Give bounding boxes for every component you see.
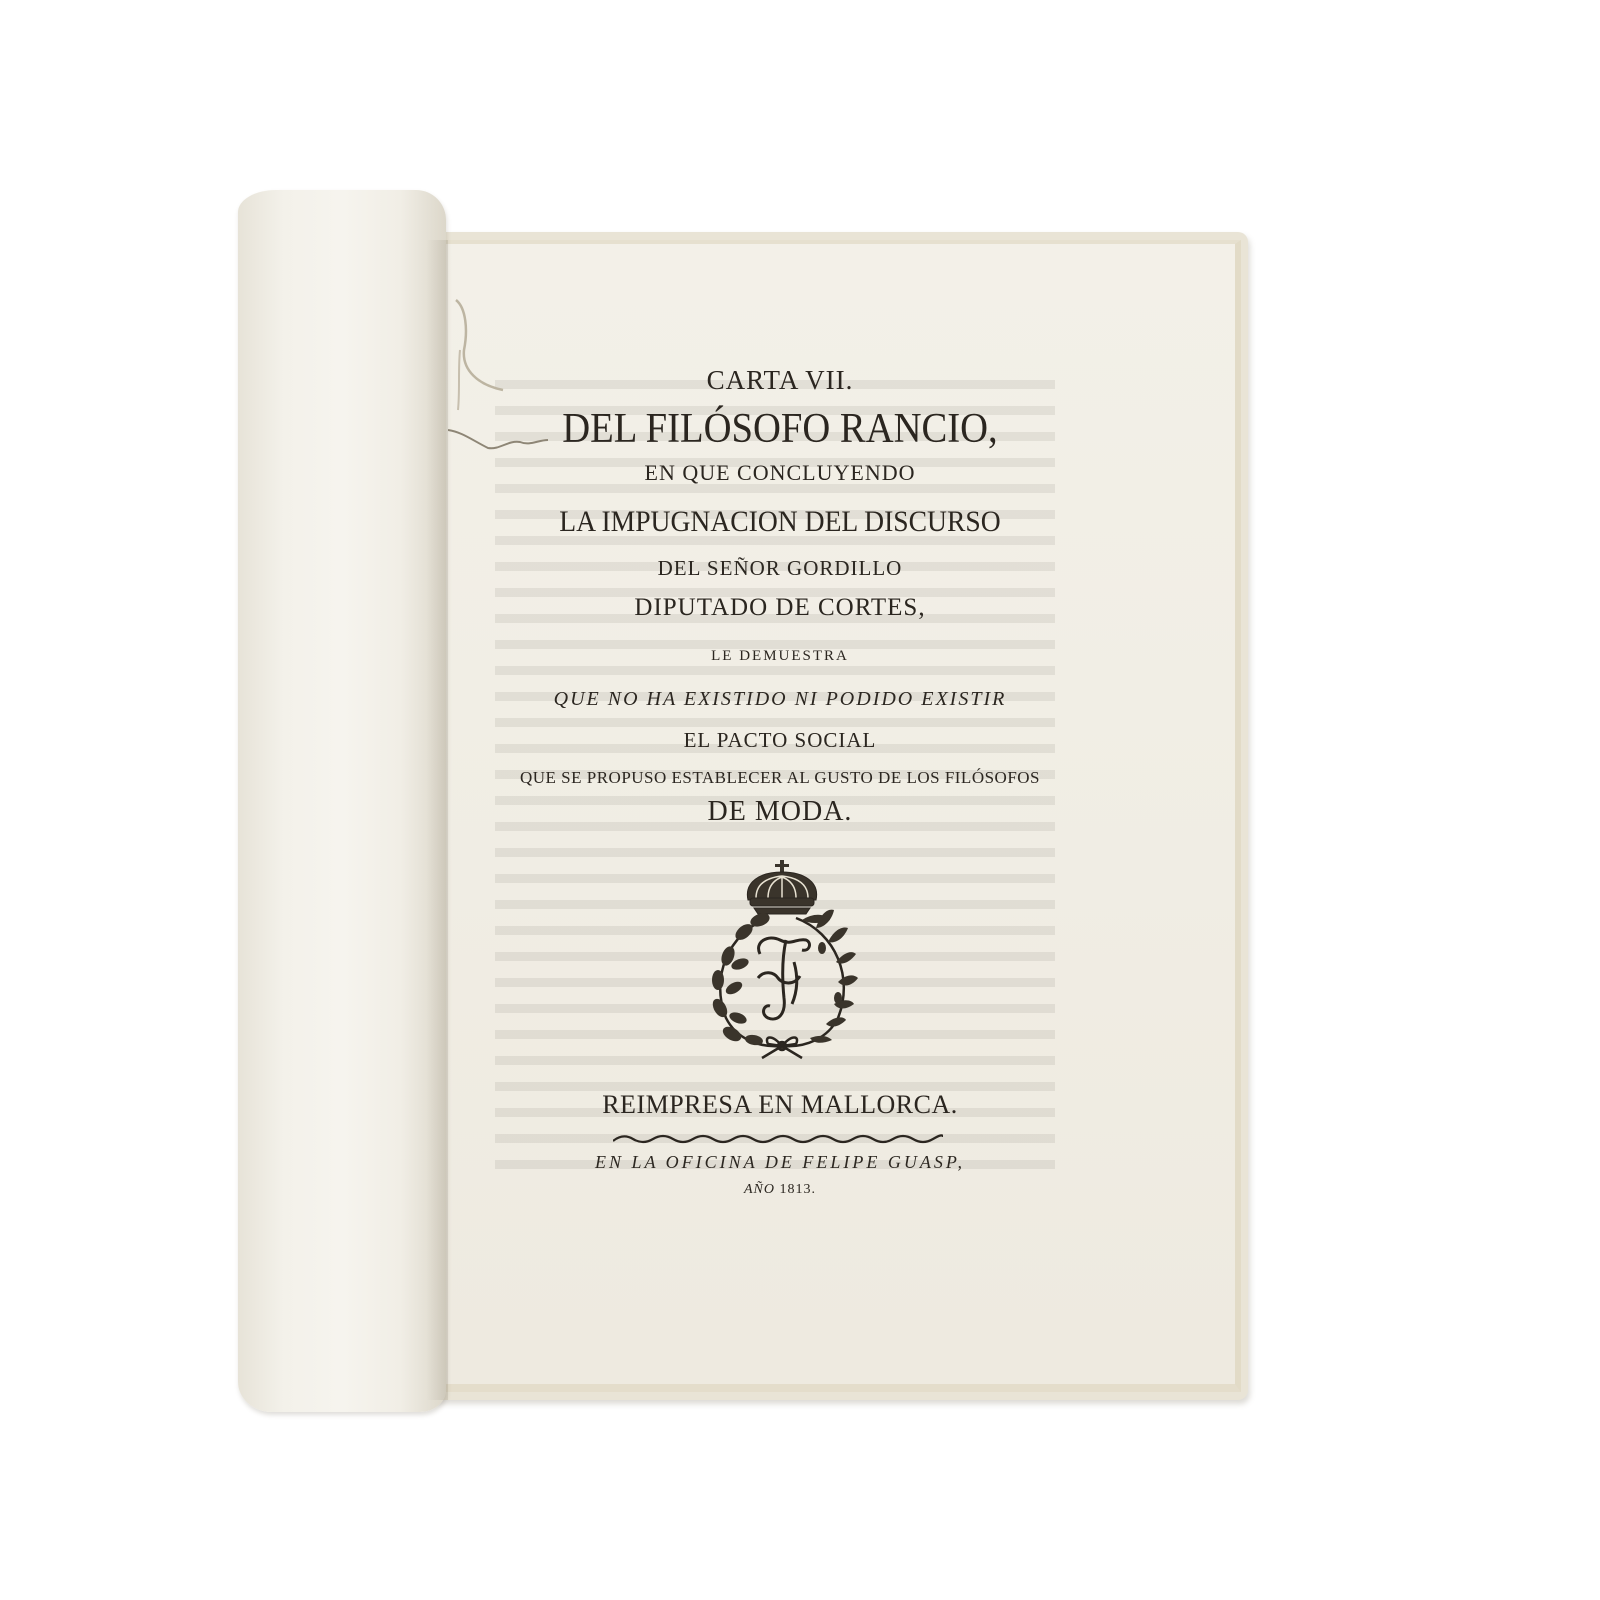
subtitle-line-7: EL PACTO SOCIAL	[470, 728, 1090, 753]
subtitle-line-1: EN QUE CONCLUYENDO	[470, 460, 1090, 486]
wavy-rule-divider	[613, 1133, 943, 1145]
subtitle-line-3: DEL SEÑOR GORDILLO	[470, 556, 1090, 581]
publication-year: AÑO 1813.	[470, 1182, 1090, 1198]
year-label: AÑO	[744, 1182, 775, 1197]
crowned-monogram-emblem-icon	[698, 858, 868, 1063]
roll-shadow	[426, 240, 448, 1400]
subtitle-line-5: LE DEMUESTRA	[470, 648, 1090, 665]
reprint-location: REIMPRESA EN MALLORCA.	[470, 1090, 1090, 1120]
subtitle-line-9: DE MODA.	[470, 796, 1090, 828]
letter-number: CARTA VII.	[470, 365, 1090, 396]
subtitle-line-8: QUE SE PROPUSO ESTABLECER AL GUSTO DE LO…	[470, 768, 1090, 788]
rolled-page	[238, 190, 446, 1412]
author-heading: DEL FILÓSOFO RANCIO,	[495, 405, 1065, 453]
subtitle-line-2: LA IMPUGNACION DEL DISCURSO	[495, 505, 1065, 539]
subtitle-line-4: DIPUTADO DE CORTES,	[470, 594, 1090, 622]
year-value: 1813.	[780, 1182, 817, 1197]
printer-name: EN LA OFICINA DE FELIPE GUASP,	[470, 1152, 1090, 1173]
subtitle-line-6: QUE NO HA EXISTIDO NI PODIDO EXISTIR	[470, 688, 1090, 711]
